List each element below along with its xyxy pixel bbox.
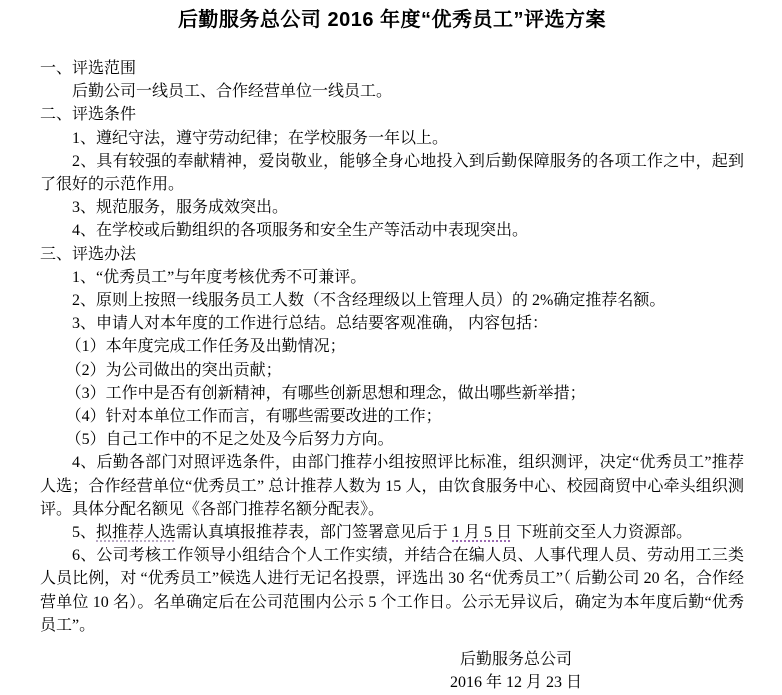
section3-item-3: 3、申请人对本年度的工作进行总结。总结要客观准确， 内容包括： <box>40 312 744 335</box>
item5-number: 5、 <box>72 524 96 541</box>
section1-paragraph: 后勤公司一线员工、合作经营单位一线员工。 <box>40 80 744 103</box>
section3-item-4: 4、后勤各部门对照评选条件，由部门推荐小组按照评比标准，组织测评，决定“优秀员工… <box>40 451 744 521</box>
section3-subitem-2: （2）为公司做出的突出贡献； <box>40 359 744 382</box>
item5-deadline-underlined: 1 月 5 日 <box>452 524 512 541</box>
signature-date: 2016 年 12 月 23 日 <box>381 671 651 694</box>
section3-subitem-4: （4）针对本单位工作而言，有哪些需要改进的工作； <box>40 405 744 428</box>
section3-item-6: 6、公司考核工作领导小组结合个人工作实绩，并结合在编人员、人事代理人员、劳动用工… <box>40 544 744 637</box>
section3-subitem-1: （1）本年度完成工作任务及出勤情况； <box>40 335 744 358</box>
item5-suffix-text: 下班前交至人力资源部。 <box>512 524 692 541</box>
section3-heading: 三、评选办法 <box>40 243 744 266</box>
section2-item-2: 2、具有较强的奉献精神，爱岗敬业，能够全身心地投入到后勤保障服务的各项工作之中，… <box>40 150 744 196</box>
section2-item-1: 1、遵纪守法，遵守劳动纪律；在学校服务一年以上。 <box>40 127 744 150</box>
section2-item-4: 4、在学校或后勤组织的各项服务和安全生产等活动中表现突出。 <box>40 219 744 242</box>
section3-item-5: 5、拟推荐人选需认真填报推荐表，部门签署意见后于 1 月 5 日 下班前交至人力… <box>40 521 744 544</box>
section3-item-2: 2、原则上按照一线服务员工人数（不含经理级以上管理人员）的 2%确定推荐名额。 <box>40 289 744 312</box>
signature-company: 后勤服务总公司 <box>381 648 651 671</box>
section3-item-1: 1、“优秀员工”与年度考核优秀不可兼评。 <box>40 266 744 289</box>
section2-item-3: 3、规范服务，服务成效突出。 <box>40 196 744 219</box>
item5-middle-text: 需认真填报推荐表，部门签署意见后于 <box>176 524 452 541</box>
document-page: 后勤服务总公司 2016 年度“优秀员工”评选方案 一、评选范围 后勤公司一线员… <box>0 0 782 695</box>
document-title: 后勤服务总公司 2016 年度“优秀员工”评选方案 <box>40 8 744 32</box>
section2-heading: 二、评选条件 <box>40 103 744 126</box>
section3-subitem-5: （5）自己工作中的不足之处及今后努力方向。 <box>40 428 744 451</box>
signature-block: 后勤服务总公司 2016 年 12 月 23 日 <box>381 648 651 694</box>
section1-heading: 一、评选范围 <box>40 57 744 80</box>
section3-subitem-3: （3）工作中是否有创新精神，有哪些创新思想和理念，做出哪些新举措； <box>40 382 744 405</box>
item5-candidates-underlined: 拟推荐人选 <box>96 524 176 541</box>
